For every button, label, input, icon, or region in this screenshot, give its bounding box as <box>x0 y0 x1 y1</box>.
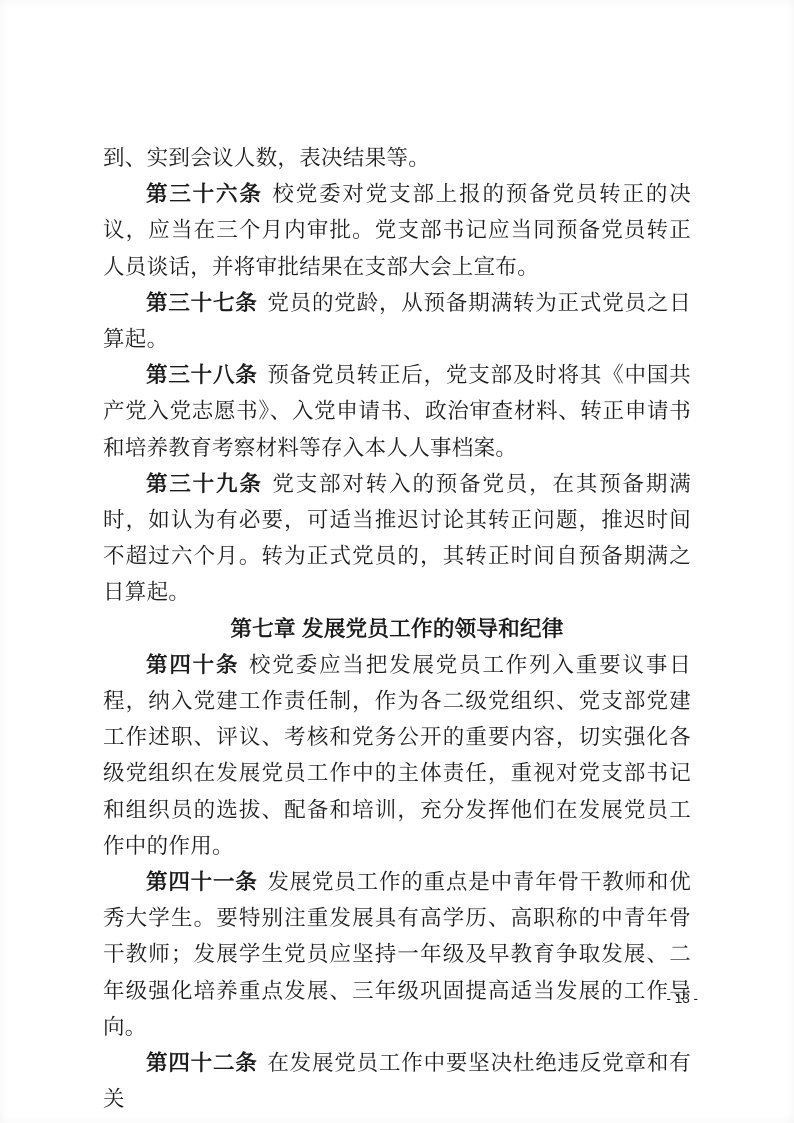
page-number: - 13 - <box>666 990 698 1008</box>
article-number: 第四十条 <box>146 653 239 677</box>
article-paragraph-36: 第三十六条校党委对党支部上报的预备党员转正的决议，应当在三个月内审批。党支部书记… <box>103 176 691 285</box>
article-paragraph-39: 第三十九条党支部对转入的预备党员，在其预备期满时，如认为有必要，可适当推迟讨论其… <box>103 466 691 611</box>
chapter-heading: 第七章 发展党员工作的领导和纪律 <box>103 611 691 647</box>
document-body: 到、实到会议人数，表决结果等。 第三十六条校党委对党支部上报的预备党员转正的决议… <box>103 140 691 1117</box>
article-paragraph-38: 第三十八条预备党员转正后，党支部及时将其《中国共产党入党志愿书》、入党申请书、政… <box>103 357 691 466</box>
article-paragraph-37: 第三十七条党员的党龄，从预备期满转为正式党员之日算起。 <box>103 285 691 357</box>
article-number: 第三十八条 <box>146 363 258 387</box>
article-number: 第三十六条 <box>146 182 263 206</box>
continuation-paragraph: 到、实到会议人数，表决结果等。 <box>103 140 691 176</box>
article-number: 第三十七条 <box>146 291 258 315</box>
article-paragraph-41: 第四十一条发展党员工作的重点是中青年骨干教师和优秀大学生。要特别注重发展具有高学… <box>103 864 691 1045</box>
article-number: 第四十一条 <box>146 870 258 894</box>
article-text: 校党委应当把发展党员工作列入重要议事日程，纳入党建工作责任制，作为各二级党组织、… <box>103 653 691 858</box>
paragraph-text: 到、实到会议人数，表决结果等。 <box>103 146 430 170</box>
article-number: 第四十二条 <box>146 1051 258 1075</box>
article-text: 发展党员工作的重点是中青年骨干教师和优秀大学生。要特别注重发展具有高学历、高职称… <box>103 870 691 1039</box>
article-paragraph-42: 第四十二条在发展党员工作中要坚决杜绝违反党章和有关 <box>103 1045 691 1117</box>
document-page: 到、实到会议人数，表决结果等。 第三十六条校党委对党支部上报的预备党员转正的决议… <box>0 0 794 1123</box>
article-number: 第三十九条 <box>146 472 263 496</box>
article-paragraph-40: 第四十条校党委应当把发展党员工作列入重要议事日程，纳入党建工作责任制，作为各二级… <box>103 647 691 864</box>
